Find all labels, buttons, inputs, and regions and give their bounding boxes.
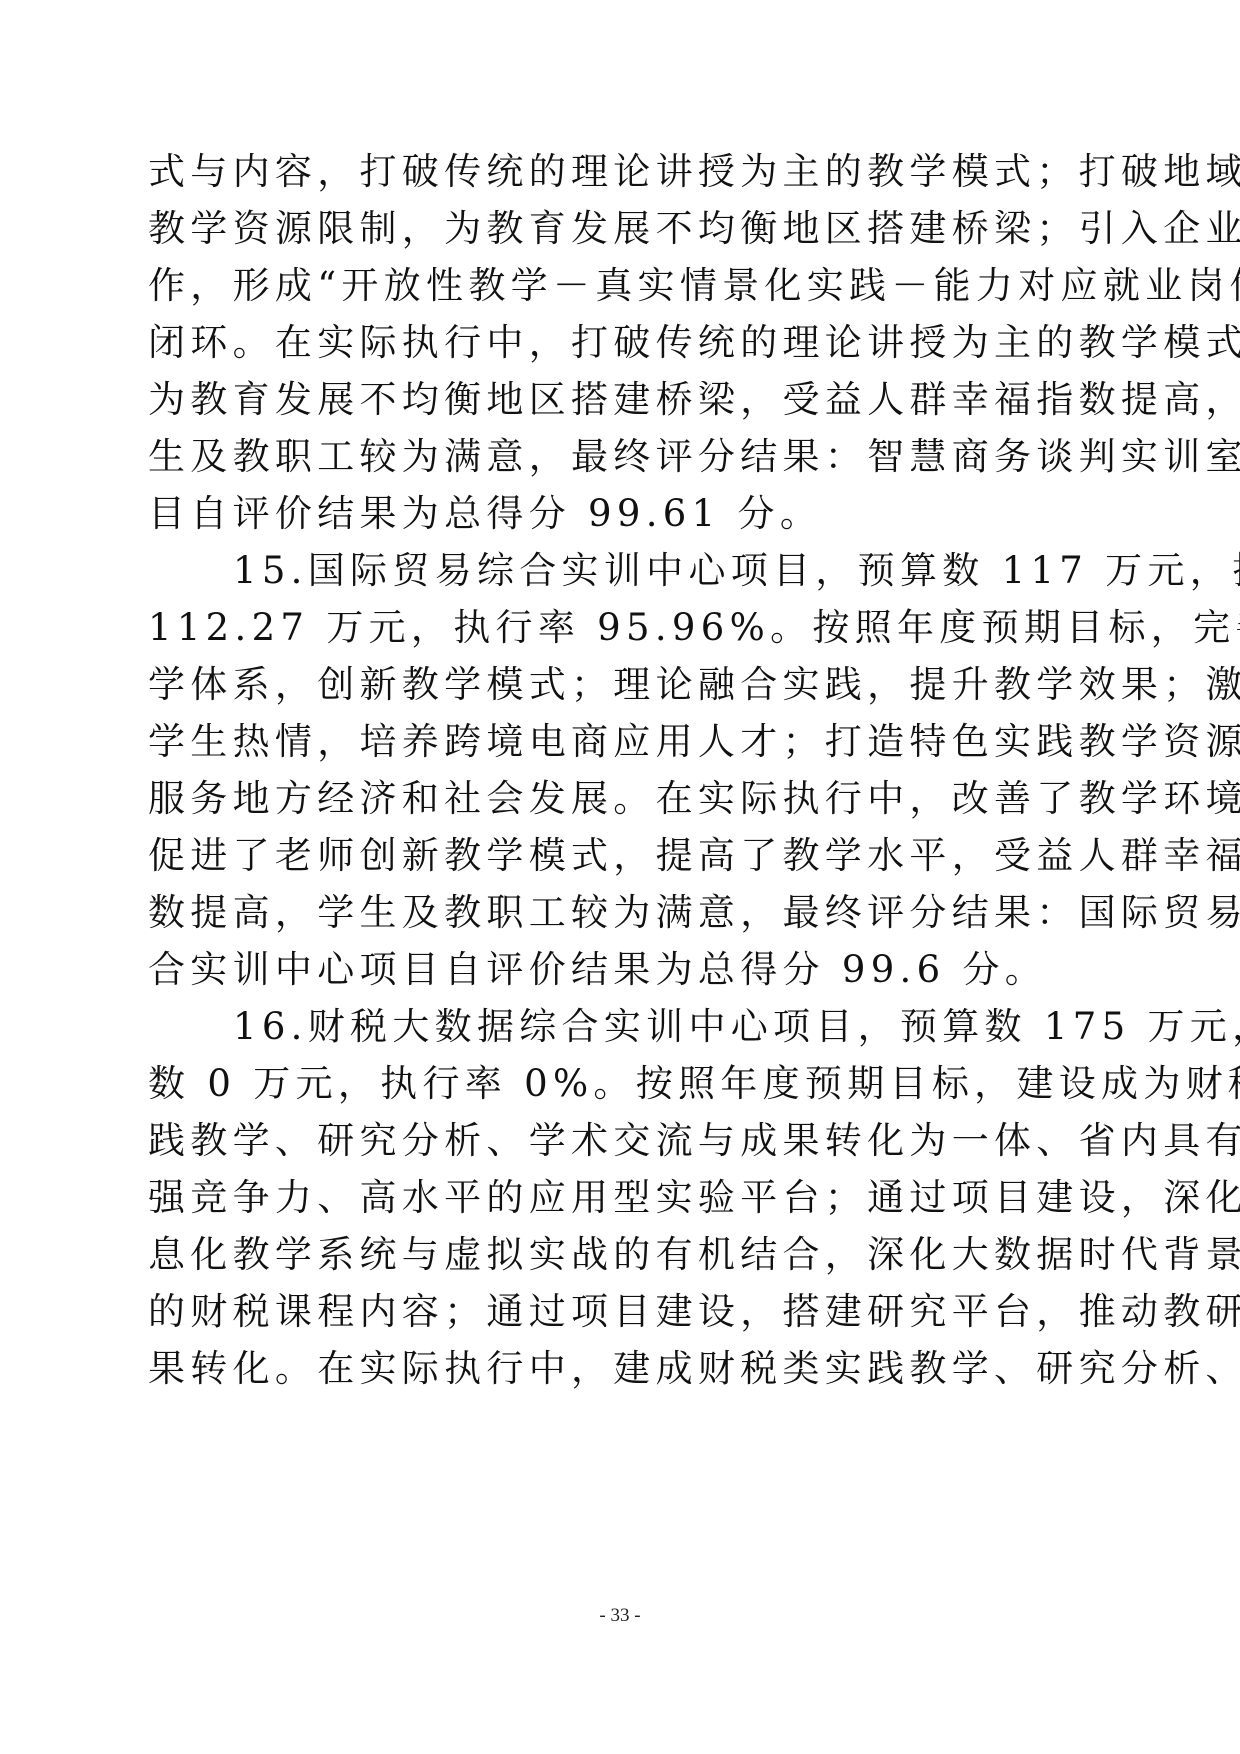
text-line: 数 0 万元，执行率 0%。按照年度预期目标，建设成为财税类实: [148, 1055, 1080, 1112]
body-text: 式与内容，打破传统的理论讲授为主的教学模式；打破地域及 教学资源限制，为教育发展…: [148, 143, 1080, 1397]
document-page: 式与内容，打破传统的理论讲授为主的教学模式；打破地域及 教学资源限制，为教育发展…: [0, 0, 1240, 1754]
text-line: 作，形成“开放性教学－真实情景化实践－能力对应就业岗位”: [148, 257, 1080, 314]
text-line: 目自评价结果为总得分 99.61 分。: [148, 485, 1080, 542]
text-line: 学生热情，培养跨境电商应用人才；打造特色实践教学资源，: [148, 713, 1080, 770]
paragraph-start-project-15: 15.国际贸易综合实训中心项目，预算数 117 万元，执行数: [148, 542, 1080, 599]
text-line: 生及教职工较为满意，最终评分结果：智慧商务谈判实训室项: [148, 428, 1080, 485]
page-number: - 33 -: [0, 1605, 1240, 1627]
text-line: 学体系，创新教学模式；理论融合实践，提升教学效果；激发: [148, 656, 1080, 713]
text-line: 果转化。在实际执行中，建成财税类实践教学、研究分析、学: [148, 1340, 1080, 1397]
text-line: 式与内容，打破传统的理论讲授为主的教学模式；打破地域及: [148, 143, 1080, 200]
text-line: 112.27 万元，执行率 95.96%。按照年度预期目标，完善实践教: [148, 599, 1080, 656]
text-line: 合实训中心项目自评价结果为总得分 99.6 分。: [148, 941, 1080, 998]
text-line: 的财税课程内容；通过项目建设，搭建研究平台，推动教研成: [148, 1283, 1080, 1340]
paragraph-start-project-16: 16.财税大数据综合实训中心项目，预算数 175 万元，执行: [148, 998, 1080, 1055]
text-line: 服务地方经济和社会发展。在实际执行中，改善了教学环境，: [148, 770, 1080, 827]
text-line: 为教育发展不均衡地区搭建桥梁，受益人群幸福指数提高，学: [148, 371, 1080, 428]
text-line: 数提高，学生及教职工较为满意，最终评分结果：国际贸易综: [148, 884, 1080, 941]
text-line: 息化教学系统与虚拟实战的有机结合，深化大数据时代背景下: [148, 1226, 1080, 1283]
text-line: 强竞争力、高水平的应用型实验平台；通过项目建设，深化信: [148, 1169, 1080, 1226]
text-line: 教学资源限制，为教育发展不均衡地区搭建桥梁；引入企业合: [148, 200, 1080, 257]
text-line: 促进了老师创新教学模式，提高了教学水平，受益人群幸福指: [148, 827, 1080, 884]
text-line: 践教学、研究分析、学术交流与成果转化为一体、省内具有较: [148, 1112, 1080, 1169]
text-line: 闭环。在实际执行中，打破传统的理论讲授为主的教学模式；: [148, 314, 1080, 371]
